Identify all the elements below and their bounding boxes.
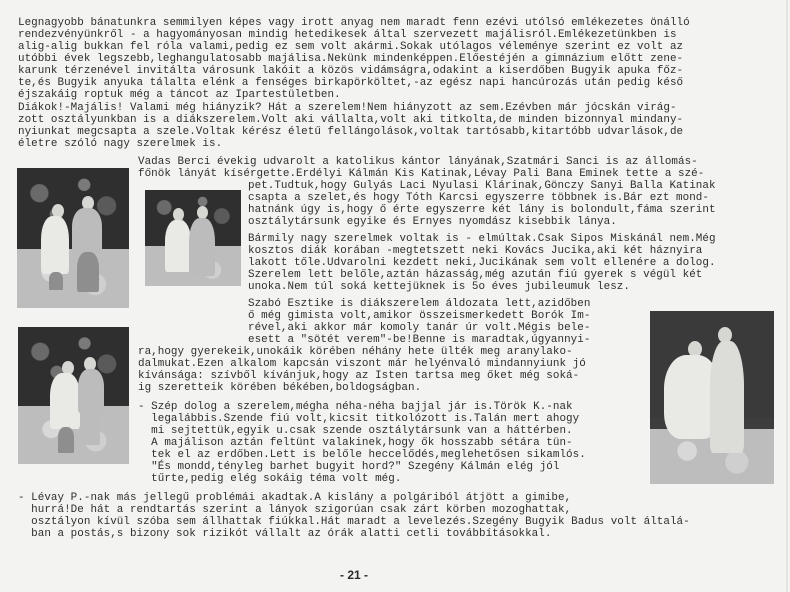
text-line: rével,aki akkor már komoly tanár úr volt… <box>248 322 590 334</box>
couple-photo-1 <box>17 168 129 308</box>
text-line: Szerelem lett belőle,aztán házasság,még … <box>248 269 702 281</box>
text-line: nyiunkat megcsapta a szele.Voltak kérész… <box>18 126 683 138</box>
text-line: Bármily nagy szerelmek voltak is - elmúl… <box>248 233 716 245</box>
text-line: éjszakáig roptuk még a táncot az Ipartes… <box>18 89 341 101</box>
text-line: utóbbi évek legszebb,leghangulatosabb ma… <box>18 53 683 65</box>
text-line: legalábbis.Szende fiú volt,kicsit titkol… <box>138 413 579 425</box>
text-line: csapta a szelet,és hogy Tóth Karcsi egys… <box>248 192 709 204</box>
text-line: ra,hogy gyerekeik,unokáik körében néhány… <box>138 346 573 358</box>
text-line: pet.Tudtuk,hogy Gulyás Laci Nyulasi Klár… <box>248 180 716 192</box>
couple-photo-4 <box>650 311 774 484</box>
text-line: életre szóló nagy szerelmek is. <box>18 138 222 150</box>
text-line: főnök lányát kísérgette.Erdélyi Kálmán K… <box>138 168 704 180</box>
text-line: Diákok!-Majális! Valami még hiányzik? Há… <box>18 102 677 114</box>
text-line: esett a "sötét verem"-be!Benne is maradt… <box>248 334 590 346</box>
text-line: kívánsága: szívből kívánjuk,hogy az Iste… <box>138 370 579 382</box>
page-edge <box>786 0 788 592</box>
text-line: lakott tőle.Udvarolni kezdett neki,Jucik… <box>248 257 716 269</box>
text-line: dalmukat.Ezen alkalom kapcsán viszont má… <box>138 358 586 370</box>
text-line: ig szeretteik körében békében,boldogságb… <box>138 382 421 394</box>
text-line: alig-alig bukkan fel róla valami,pedig e… <box>18 41 683 53</box>
text-line: mi sejtettük,egyik u.csak szende osztály… <box>138 425 573 437</box>
text-line: hurrá!De hát a rendtartás szerint a lány… <box>18 504 571 516</box>
document-page: Legnagyobb bánatunkra semmilyen képes va… <box>0 0 790 592</box>
text-line: unoka.Nem túl soká kettejüknek is 5o éve… <box>248 281 630 293</box>
text-line: Legnagyobb bánatunkra semmilyen képes va… <box>18 17 690 29</box>
couple-photo-2 <box>145 190 241 286</box>
text-line: tek el az erdőben.Lett is belőle heccelő… <box>138 449 586 461</box>
text-line: - Szép dolog a szerelem,mégha néha-néha … <box>138 401 573 413</box>
text-line: ő még gimista volt,amikor összeismerkede… <box>248 310 590 322</box>
text-line: tűrte,pedig elég sokáig téma volt még. <box>138 473 401 485</box>
text-line: karunk térzenével invitálta városunk lak… <box>18 65 683 77</box>
page-number: - 21 - <box>340 568 368 582</box>
text-line: Szabó Esztike is diákszerelem áldozata l… <box>248 298 590 310</box>
text-line: "És mondd,tényleg barhet bugyit hord?" S… <box>138 461 559 473</box>
text-line: zott osztályunkban is a diákszerelem.Vol… <box>18 114 683 126</box>
text-line: hatnánk úgy is,hogy ő érte egyszerre két… <box>248 204 716 216</box>
text-line: Vadas Berci évekig udvarolt a katolikus … <box>138 156 698 168</box>
text-line: A majálison aztán feltünt valakinek,hogy… <box>138 437 573 449</box>
text-line: osztályon kívül szóba sem állhattak fiúk… <box>18 516 690 528</box>
text-line: kosztos diák korában -megtetszett neki K… <box>248 245 702 257</box>
text-line: ban a postás,s bizony sok rizikót vállal… <box>18 528 551 540</box>
text-line: osztálytársunk egyike és Ernyes nyomdász… <box>248 216 617 228</box>
text-line: - Lévay P.-nak más jellegű problémái aka… <box>18 492 571 504</box>
text-line: te,és Bugyik anyuka tálalta elénk a fens… <box>18 77 683 89</box>
text-line: rendezvényünkről - a hagyományosan mindi… <box>18 29 677 41</box>
couple-photo-3 <box>18 327 129 464</box>
